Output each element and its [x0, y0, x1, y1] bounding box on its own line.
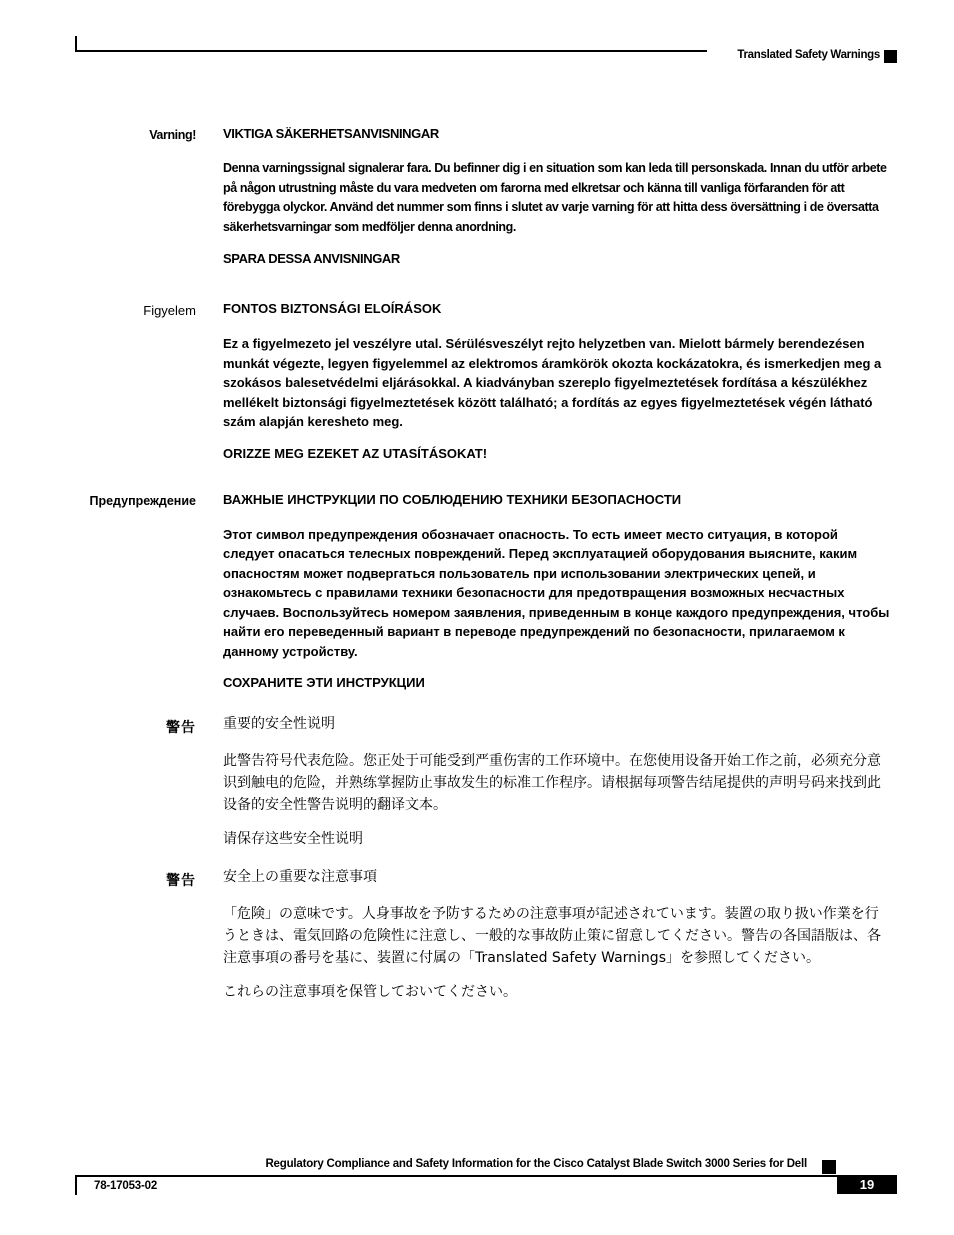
footer-page-number-badge: 19 [837, 1176, 897, 1194]
warning-body-japanese: 「危険」の意味です。人身事故を予防するための注意事項が記述されています。装置の取… [223, 903, 892, 969]
header-chapter-title: Translated Safety Warnings [0, 49, 880, 61]
header-black-square-icon [884, 50, 897, 63]
warning-label-russian: Предупреждение [80, 493, 196, 691]
warning-body-swedish: Denna varningssignal signalerar fara. Du… [223, 159, 892, 237]
warning-content-swedish: VIKTIGA SÄKERHETSANVISNINGAR Denna varni… [223, 127, 892, 266]
warning-label-hungarian: Figyelem [80, 302, 196, 461]
warning-label-japanese: 警告 [80, 869, 196, 1000]
warning-content-russian: ВАЖНЫЕ ИНСТРУКЦИИ ПО СОБЛЮДЕНИЮ ТЕХНИКИ … [223, 493, 892, 691]
warning-save-line-russian: СОХРАНИТЕ ЭТИ ИНСТРУКЦИИ [223, 676, 892, 690]
warning-content-japanese: 安全上の重要な注意事項 「危険」の意味です。人身事故を予防するための注意事項が記… [223, 869, 892, 1000]
warning-content-hungarian: FONTOS BIZTONSÁGI ELOÍRÁSOK Ez a figyelm… [223, 302, 892, 461]
footer-document-title: Regulatory Compliance and Safety Informa… [0, 1158, 807, 1170]
warning-heading-swedish: VIKTIGA SÄKERHETSANVISNINGAR [223, 127, 892, 141]
document-page: Translated Safety Warnings Varning! VIKT… [0, 0, 954, 1235]
warning-section-russian: Предупреждение ВАЖНЫЕ ИНСТРУКЦИИ ПО СОБЛ… [80, 493, 892, 691]
warning-save-line-hungarian: ORIZZE MEG EZEKET AZ UTASÍTÁSOKAT! [223, 447, 892, 461]
warning-section-swedish: Varning! VIKTIGA SÄKERHETSANVISNINGAR De… [80, 127, 892, 266]
warning-section-chinese: 警告 重要的安全性说明 此警告符号代表危险。您正处于可能受到严重伤害的工作环境中… [80, 716, 892, 847]
warning-heading-chinese: 重要的安全性说明 [223, 716, 892, 732]
warning-heading-hungarian: FONTOS BIZTONSÁGI ELOÍRÁSOK [223, 302, 892, 316]
warning-section-hungarian: Figyelem FONTOS BIZTONSÁGI ELOÍRÁSOK Ez … [80, 302, 892, 461]
warning-save-line-chinese: 请保存这些安全性说明 [223, 831, 892, 847]
warning-body-russian: Этот символ предупреждения обозначает оп… [223, 525, 892, 662]
warning-heading-russian: ВАЖНЫЕ ИНСТРУКЦИИ ПО СОБЛЮДЕНИЮ ТЕХНИКИ … [223, 493, 892, 507]
footer-black-square-icon [822, 1160, 836, 1174]
footer-left-tick-rule [75, 1175, 77, 1195]
warning-label-chinese: 警告 [80, 716, 196, 847]
translated-warnings-list: Varning! VIKTIGA SÄKERHETSANVISNINGAR De… [80, 127, 892, 1022]
warning-label-swedish: Varning! [80, 127, 196, 266]
footer-rule [75, 1175, 897, 1177]
warning-save-line-swedish: SPARA DESSA ANVISNINGAR [223, 252, 892, 266]
warning-save-line-japanese: これらの注意事項を保管しておいてください。 [223, 984, 892, 1000]
warning-heading-japanese: 安全上の重要な注意事項 [223, 869, 892, 885]
warning-body-chinese: 此警告符号代表危险。您正处于可能受到严重伤害的工作环境中。在您使用设备开始工作之… [223, 750, 892, 816]
warning-content-chinese: 重要的安全性说明 此警告符号代表危险。您正处于可能受到严重伤害的工作环境中。在您… [223, 716, 892, 847]
warning-body-hungarian: Ez a figyelmezeto jel veszélyre utal. Sé… [223, 334, 892, 432]
warning-section-japanese: 警告 安全上の重要な注意事項 「危険」の意味です。人身事故を予防するための注意事… [80, 869, 892, 1000]
footer-document-number: 78-17053-02 [94, 1180, 157, 1192]
